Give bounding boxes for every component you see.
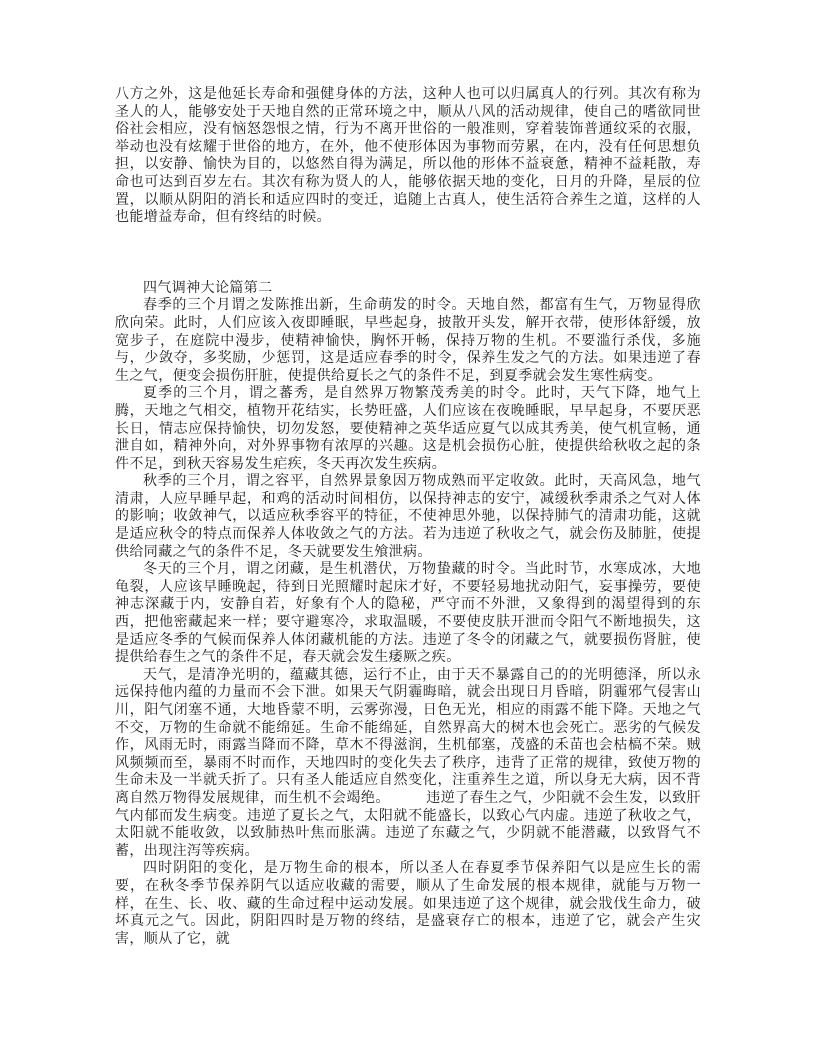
paragraph-summer: 夏季的三个月，谓之蕃秀，是自然界万物繁茂秀美的时令。此时，天气下降，地气上腾，天… [115,385,701,473]
paragraph-winter: 冬天的三个月，谓之闭藏，是生机潜伏，万物蛰藏的时令。当此时节，水寒成冰，大地龟裂… [115,561,701,667]
document-page: 八方之外，这是他延长寿命和强健身体的方法，这种人也可以归属真人的行列。其次有称为… [0,0,816,1056]
paragraph-four-seasons-yinyang: 四时阴阳的变化，是万物生命的根本，所以圣人在春夏季节保养阳气以是应生长的需要，在… [115,860,701,948]
paragraph-autumn: 秋季的三个月，谓之容平，自然界景象因万物成熟而平定收敛。此时，天高风急，地气清肃… [115,473,701,561]
paragraph-spring: 春季的三个月谓之发陈推出新，生命萌发的时令。天地自然，都富有生气，万物显得欣欣向… [115,297,701,385]
chapter-title: 四气调神大论篇第二 [115,280,701,298]
paragraph-heaven-qi: 天气，是清净光明的，蕴藏其德，运行不止，由于天不暴露自己的的光明德泽，所以永远保… [115,667,701,861]
continuation-paragraph: 八方之外，这是他延长寿命和强健身体的方法，这种人也可以归属真人的行列。其次有称为… [115,86,701,227]
